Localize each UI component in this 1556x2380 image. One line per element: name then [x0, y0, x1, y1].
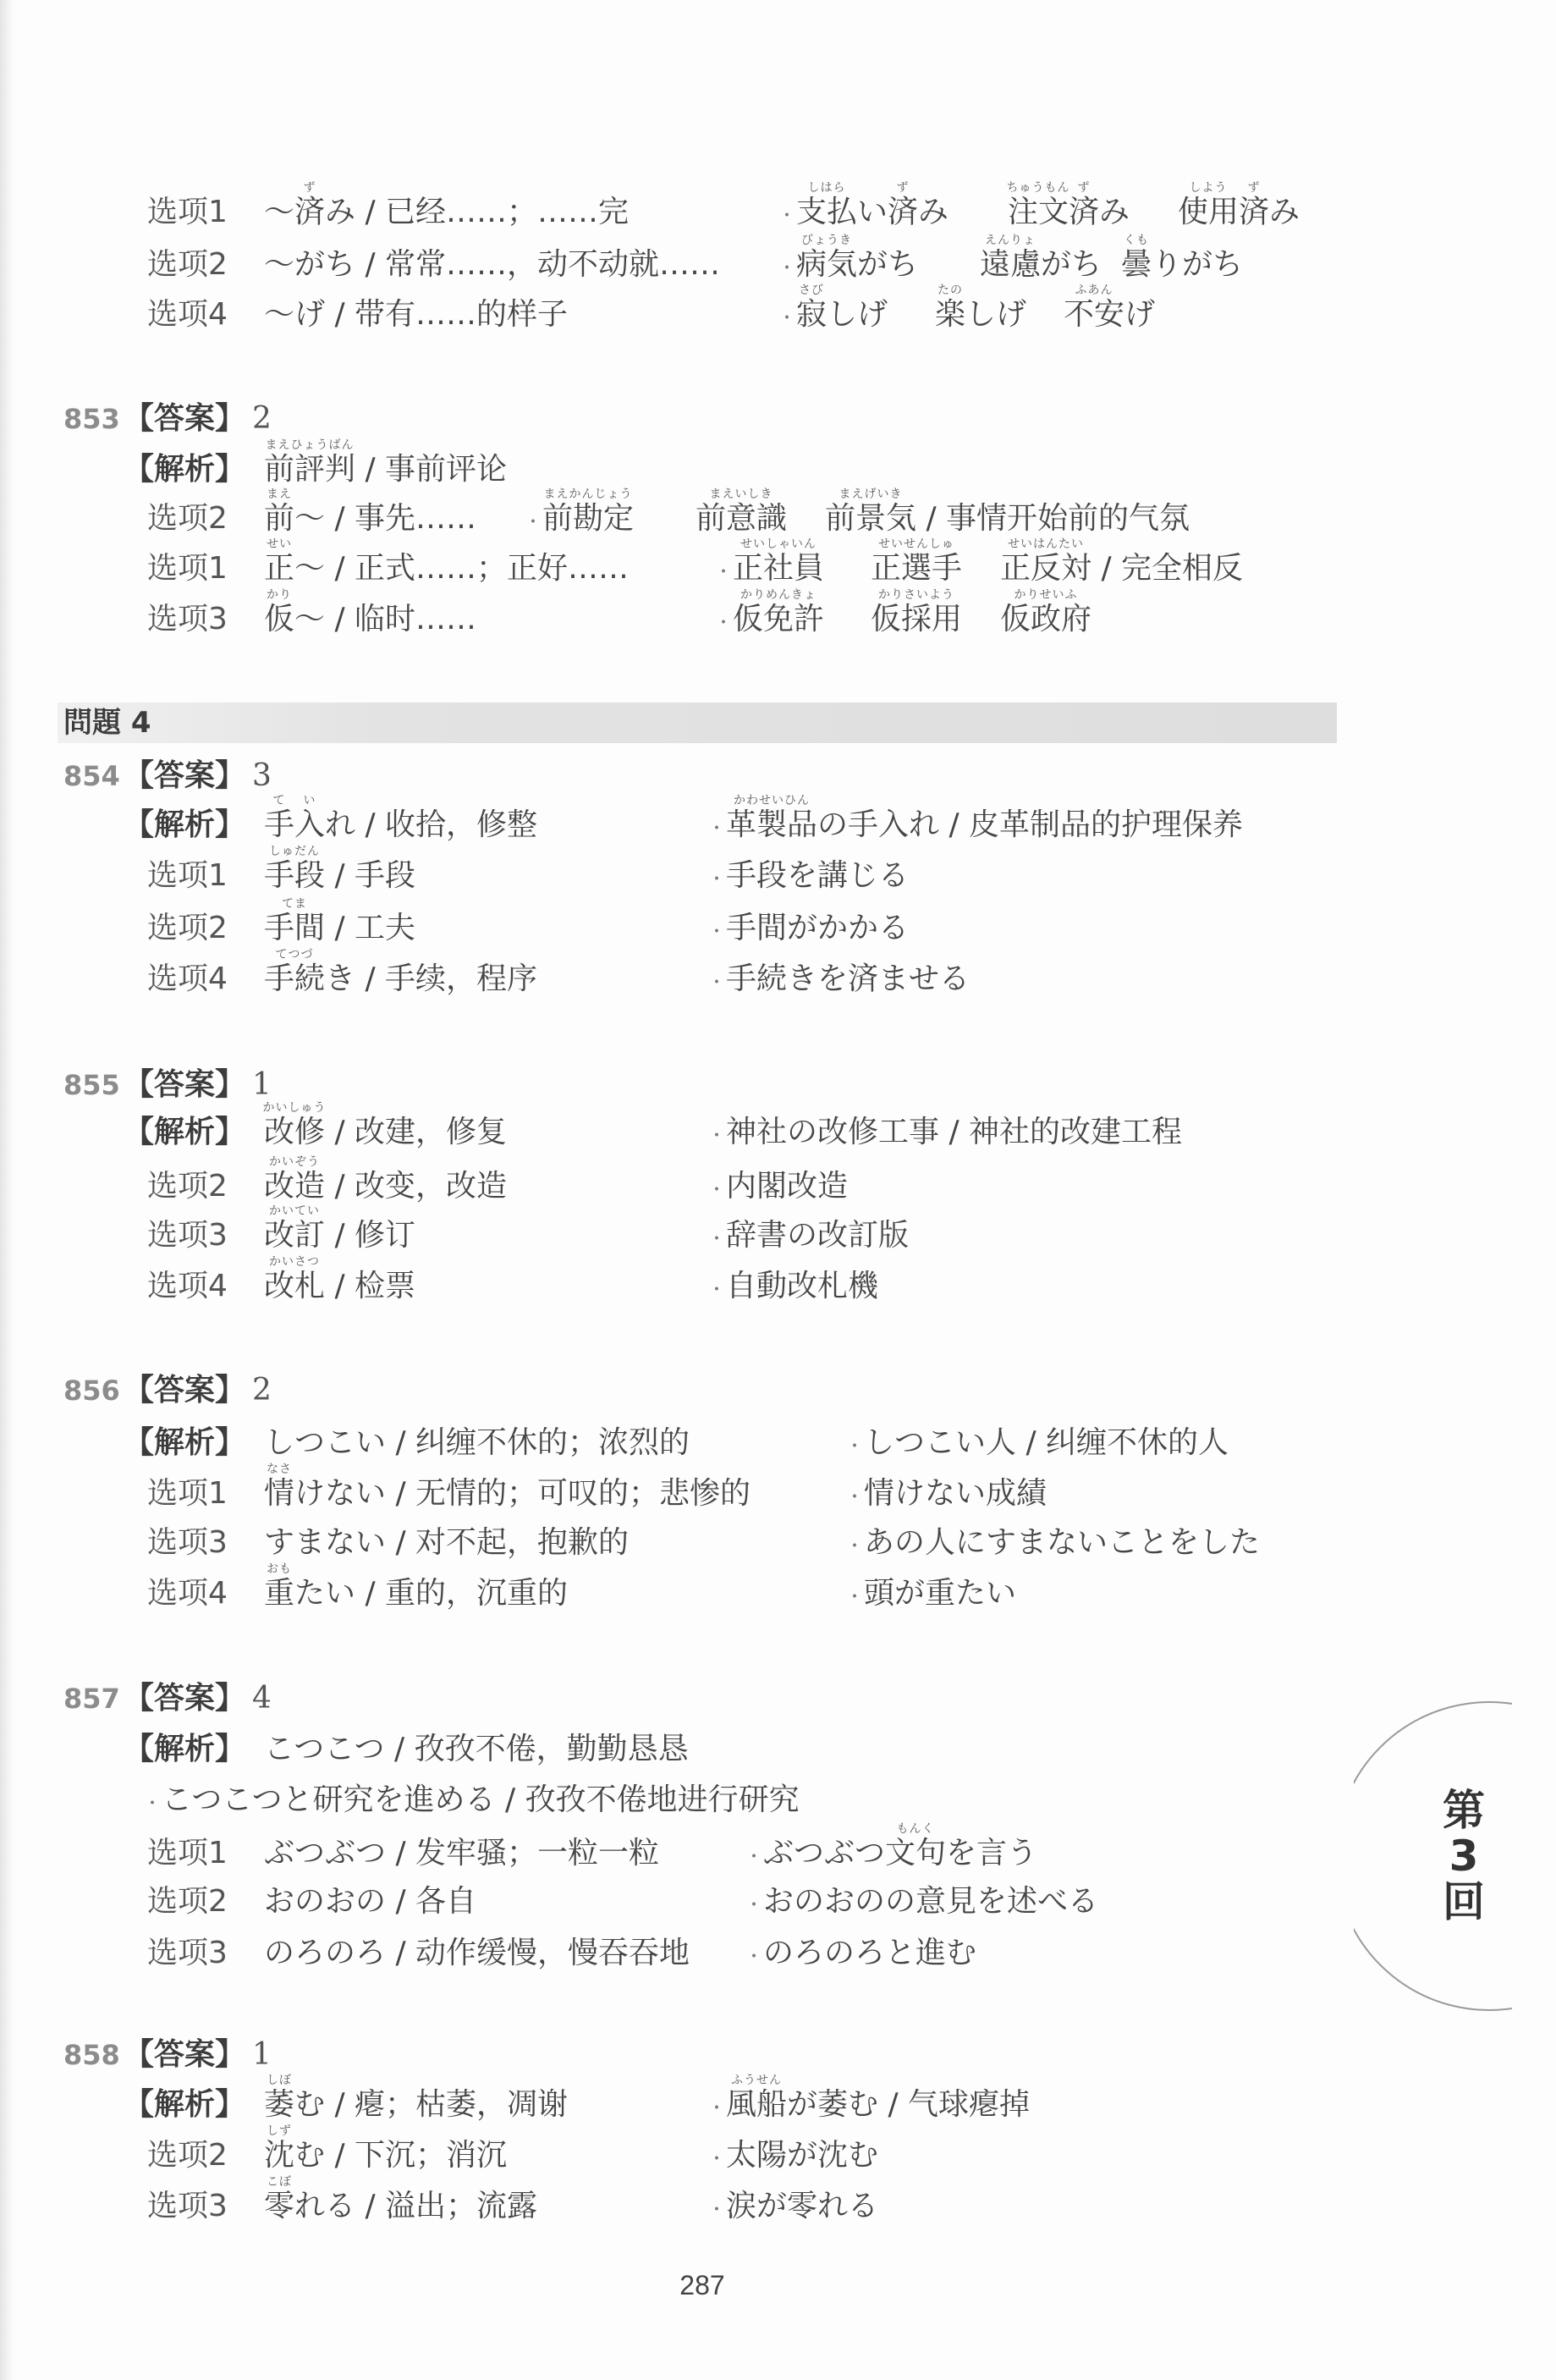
ruby-word: 手間てま — [264, 912, 325, 945]
ruby-base: 手 — [264, 807, 294, 842]
ruby-base: 使用 — [1178, 195, 1239, 229]
bullet: ・ — [778, 200, 796, 234]
text: / 事前评论 — [355, 453, 507, 487]
text: げ — [1124, 298, 1155, 332]
ruby-base: 改造 — [264, 1169, 325, 1204]
option-label: 选项1 — [147, 1837, 228, 1870]
ruby-word: 正せい — [264, 552, 294, 586]
bullet: ・ — [143, 1788, 162, 1821]
text: 内閣改造 — [726, 1170, 848, 1204]
ruby-base: 支払 — [796, 195, 857, 229]
ruby-word: 済ず — [1239, 196, 1269, 229]
example-sentence: ・ 自動改札機 — [707, 1270, 878, 1303]
text: がち — [1041, 248, 1102, 282]
furigana: まえひょうばん — [266, 439, 355, 451]
option-label: 选项1 — [147, 859, 228, 893]
bullet: ・ — [707, 1223, 726, 1257]
text: あの人にすまないことをした — [864, 1526, 1260, 1560]
ruby-base: 文句 — [885, 1836, 946, 1870]
furigana: て — [273, 795, 286, 807]
ruby-word: 手て — [264, 808, 294, 842]
ruby-word: 正反対せいはんたい — [1000, 552, 1091, 586]
text: / 事情开始前的气氛 — [916, 502, 1190, 536]
text: / 修订 — [325, 1219, 415, 1253]
answer-label: 【答案】 — [124, 759, 245, 793]
ruby-word: 正選手せいせんしゅ — [871, 552, 962, 586]
text: み / 已经……；……完 — [325, 196, 629, 229]
text: / 改变，改造 — [325, 1170, 507, 1204]
text: ～げ / 带有……的样子 — [264, 298, 568, 332]
text: 手間がかかる — [726, 912, 909, 945]
ruby-base: 手段 — [264, 858, 325, 893]
text: おのおの / 各自 — [264, 1885, 476, 1919]
bullet: ・ — [845, 1581, 864, 1615]
option-meaning: ～ 済ず み / 已经……；……完 — [264, 196, 629, 229]
text: き / 手续，程序 — [325, 962, 537, 996]
answer-value: 4 — [252, 1682, 272, 1716]
example-word: ・ 病気びょうき がち — [778, 248, 918, 282]
text: ぶつぶつ / 发牢骚；一粒一粒 — [264, 1837, 659, 1870]
question-number: 856 — [63, 1374, 120, 1408]
ruby-word: 改訂かいてい — [264, 1219, 325, 1253]
text: のろのろ / 动作缓慢，慢吞吞地 — [264, 1937, 690, 1970]
ruby-word: 使用しよう — [1178, 196, 1239, 229]
example-word: 仮政府かりせいふ — [1000, 603, 1091, 636]
example-word: 正選手せいせんしゅ — [871, 552, 962, 586]
furigana: かり — [267, 589, 292, 601]
ruby-base: 手間 — [264, 911, 325, 945]
text: りがち — [1152, 248, 1243, 282]
ruby-base: 入 — [294, 807, 325, 842]
furigana: ず — [1248, 182, 1261, 194]
option-label: 选项4 — [147, 1270, 228, 1303]
ruby-word: 仮採用かりさいよう — [871, 603, 962, 636]
bullet: ・ — [845, 1430, 864, 1464]
ruby-word: 支払しはら — [796, 196, 857, 229]
furigana: しはら — [808, 182, 846, 194]
ruby-word: 仮政府かりせいふ — [1000, 603, 1091, 636]
furigana: おも — [267, 1563, 292, 1575]
furigana: せいはんたい — [1008, 538, 1084, 550]
furigana: たの — [937, 284, 963, 296]
ruby-base: 正反対 — [1000, 551, 1091, 586]
ruby-word: 正社員せいしゃいん — [733, 552, 824, 586]
ruby-word: 前意識まえいしき — [696, 502, 787, 536]
answer-value: 2 — [252, 1374, 272, 1408]
example-word: 前景気まえげいき / 事情开始前的气氛 — [825, 502, 1190, 536]
furigana: ず — [897, 182, 910, 194]
ruby-word: 沈しず — [264, 2139, 294, 2173]
ruby-base: 革製品 — [726, 807, 817, 842]
ruby-base: 済 — [294, 195, 325, 229]
bullet: ・ — [707, 2194, 726, 2228]
bullet: ・ — [745, 1941, 763, 1975]
example-word: 正反対せいはんたい / 完全相反 — [1000, 552, 1243, 586]
ruby-base: 萎 — [264, 2087, 294, 2122]
furigana: かりさいよう — [878, 589, 954, 601]
ruby-base: 不安 — [1064, 297, 1124, 332]
ruby-base: 改修 — [264, 1115, 325, 1149]
text: れる / 溢出；流露 — [294, 2190, 537, 2223]
text: 辞書の改訂版 — [726, 1219, 909, 1253]
option-meaning: 改造かいぞう / 改变，改造 — [264, 1170, 507, 1204]
option-label: 选项2 — [147, 912, 228, 945]
example-sentence: ・ 情けない成績 — [845, 1477, 1047, 1511]
ruby-base: 風船 — [726, 2087, 787, 2122]
example-word: ・ 支払しはら い 済ず み — [778, 196, 948, 229]
option-meaning: おのおの / 各自 — [264, 1885, 476, 1919]
ruby-word: 不安ふあん — [1064, 298, 1124, 332]
ruby-word: 風船ふうせん — [726, 2088, 787, 2122]
option-label: 选项3 — [147, 1937, 228, 1970]
furigana: てま — [282, 898, 307, 910]
option-label: 选项2 — [147, 502, 228, 536]
ruby-word: 文句もんく — [885, 1837, 946, 1870]
option-label: 选项2 — [147, 248, 228, 282]
example-word: 前意識まえいしき — [696, 502, 787, 536]
example-word: 楽たの しげ — [935, 298, 1026, 332]
ruby-word: 前まえ — [264, 502, 294, 536]
furigana: ちゅうもん — [1007, 182, 1070, 194]
example-word: 遠慮えんりょ がち — [980, 248, 1102, 282]
text: のろのろと進む — [763, 1937, 976, 1970]
question-number: 858 — [63, 2038, 120, 2072]
ruby-word: 遠慮えんりょ — [980, 248, 1041, 282]
example-sentence: ・ 手段を講じる — [707, 859, 909, 893]
ruby-base: 改訂 — [264, 1218, 325, 1253]
text: 頭が重たい — [864, 1577, 1016, 1611]
example-sentence: ・ 手間がかかる — [707, 912, 909, 945]
example-sentence: ・ 風船ふうせん が萎む / 气球瘪掉 — [707, 2088, 1030, 2122]
ruby-base: 寂 — [796, 297, 827, 332]
example-word: 使用しよう 済ず み — [1178, 196, 1300, 229]
option-label: 选项3 — [147, 2190, 228, 2223]
ruby-base: 済 — [888, 195, 918, 229]
ruby-base: 正 — [264, 551, 294, 586]
bullet: ・ — [778, 302, 796, 336]
bullet: ・ — [707, 813, 726, 846]
bullet: ・ — [707, 967, 726, 1000]
text: 涙が零れる — [726, 2190, 878, 2223]
example-sentence: ・ 涙が零れる — [707, 2190, 878, 2223]
ruby-base: 重 — [264, 1576, 294, 1611]
furigana: かいさつ — [269, 1256, 320, 1268]
text: / 检票 — [325, 1270, 415, 1303]
bullet: ・ — [707, 916, 726, 950]
question-number: 854 — [63, 759, 120, 793]
text: がち — [857, 248, 918, 282]
bullet: ・ — [714, 607, 733, 641]
chapter-tab-char: 回 — [1438, 1879, 1489, 1925]
option-label: 选项4 — [147, 298, 228, 332]
ruby-base: 病気 — [796, 247, 857, 282]
option-meaning: 情なさ けない / 无情的；可叹的；悲惨的 — [264, 1477, 751, 1511]
ruby-base: 情 — [264, 1476, 294, 1511]
answer-value: 2 — [252, 402, 272, 436]
analysis-label: 【解析】 — [124, 1733, 245, 1766]
analysis-text: 萎しぼ む / 瘪；枯萎，凋谢 — [264, 2088, 568, 2122]
ruby-word: 病気びょうき — [796, 248, 857, 282]
option-meaning: 零こぼ れる / 溢出；流露 — [264, 2190, 537, 2223]
text: む / 下沉；消沉 — [294, 2139, 507, 2173]
option-meaning: ぶつぶつ / 发牢骚；一粒一粒 — [264, 1837, 659, 1870]
question-number: 857 — [63, 1682, 120, 1716]
furigana: こぼ — [267, 2176, 292, 2188]
analysis-text: 手て 入い れ / 收拾，修整 — [264, 808, 537, 842]
ruby-word: 済ず — [888, 196, 918, 229]
scan-shadow — [0, 0, 14, 2380]
answer-label: 【答案】 — [124, 402, 245, 436]
bullet: ・ — [707, 2092, 726, 2126]
furigana: ふあん — [1075, 284, 1113, 296]
example-word: ・ 寂さび しげ — [778, 298, 888, 332]
bullet: ・ — [845, 1530, 864, 1564]
analysis-text: こつこつ / 孜孜不倦，勤勤恳恳 — [264, 1733, 689, 1766]
page-number: 287 — [660, 2268, 745, 2302]
ruby-word: 仮免許かりめんきょ — [733, 603, 824, 636]
bullet: ・ — [778, 252, 796, 286]
example-sentence: ・ 手続きを済ませる — [707, 962, 970, 996]
answer-value: 1 — [252, 1068, 272, 1102]
example-sentence: ・ しつこい人 / 纠缠不休的人 — [845, 1426, 1229, 1460]
ruby-word: 革製品かわせいひん — [726, 808, 817, 842]
bullet: ・ — [714, 556, 733, 590]
option-label: 选项1 — [147, 196, 228, 229]
text: ～ — [264, 196, 294, 229]
option-meaning: 重おも たい / 重的，沉重的 — [264, 1577, 568, 1611]
bullet: ・ — [707, 863, 726, 897]
text: を言う — [946, 1837, 1037, 1870]
ruby-base: 注文 — [1008, 195, 1069, 229]
answer-value: 1 — [252, 2038, 272, 2072]
bullet: ・ — [707, 2143, 726, 2177]
ruby-base: 仮政府 — [1000, 602, 1091, 636]
example-sentence: ・ 頭が重たい — [845, 1577, 1016, 1611]
text: しげ — [965, 298, 1026, 332]
answer-label: 【答案】 — [124, 1374, 245, 1408]
furigana: い — [304, 795, 316, 807]
option-label: 选项3 — [147, 1526, 228, 1560]
option-meaning: 仮かり ～ / 临时…… — [264, 603, 476, 636]
text: み — [1099, 196, 1130, 229]
furigana: びょうき — [801, 234, 852, 246]
chapter-tab: 第 3 回 — [1438, 1788, 1489, 1925]
example-sentence: ・ こつこつと研究を進める / 孜孜不倦地进行研究 — [143, 1783, 800, 1817]
analysis-text: 前評判まえひょうばん / 事前评论 — [264, 453, 507, 487]
furigana: せいしゃいん — [740, 538, 816, 550]
ruby-word: 改造かいぞう — [264, 1170, 325, 1204]
furigana: しぼ — [267, 2074, 292, 2086]
bullet: ・ — [745, 1841, 763, 1875]
text: ～ / 正式……；正好…… — [294, 552, 629, 586]
text: ～がち / 常常……，动不动就…… — [264, 248, 720, 282]
ruby-base: 楽 — [935, 297, 965, 332]
text: こつこつと研究を進める / 孜孜不倦地进行研究 — [162, 1783, 800, 1817]
text: 手段を講じる — [726, 859, 909, 893]
ruby-base: 改札 — [264, 1269, 325, 1303]
ruby-base: 仮 — [264, 602, 294, 636]
furigana: まえげいき — [839, 488, 903, 500]
ruby-base: 済 — [1239, 195, 1269, 229]
furigana: てつづ — [276, 949, 314, 961]
ruby-base: 正選手 — [871, 551, 962, 586]
text: 神社の改修工事 / 神社的改建工程 — [726, 1116, 1182, 1149]
bullet: ・ — [707, 1120, 726, 1154]
ruby-word: 手続てつづ — [264, 962, 325, 996]
text: けない / 无情的；可叹的；悲惨的 — [294, 1477, 751, 1511]
text: み — [918, 196, 948, 229]
furigana: さび — [799, 284, 824, 296]
text: 手続きを済ませる — [726, 962, 970, 996]
text: しつこい人 / 纠缠不休的人 — [864, 1426, 1229, 1460]
answer-label: 【答案】 — [124, 1682, 245, 1716]
furigana: せい — [267, 538, 292, 550]
option-meaning: 改訂かいてい / 修订 — [264, 1219, 415, 1253]
analysis-text: 改修かいしゅう / 改建，修复 — [264, 1116, 507, 1149]
option-label: 选项1 — [147, 552, 228, 586]
analysis-label: 【解析】 — [124, 1116, 245, 1149]
ruby-word: 仮かり — [264, 603, 294, 636]
option-meaning: すまない / 对不起，抱歉的 — [264, 1526, 629, 1560]
section-header-bar: 問題 4 — [58, 702, 1337, 743]
bullet: ・ — [707, 1174, 726, 1208]
example-sentence: ・ 神社の改修工事 / 神社的改建工程 — [707, 1116, 1182, 1149]
furigana: かわせいひん — [734, 795, 810, 807]
ruby-word: 改札かいさつ — [264, 1270, 325, 1303]
ruby-base: 正社員 — [733, 551, 824, 586]
example-sentence: ・ 太陽が沈む — [707, 2139, 878, 2173]
furigana: ず — [1078, 182, 1091, 194]
ruby-base: 前景気 — [825, 501, 916, 536]
ruby-base: 沈 — [264, 2138, 294, 2173]
ruby-base: 曇 — [1121, 247, 1152, 282]
option-meaning: のろのろ / 动作缓慢，慢吞吞地 — [264, 1937, 690, 1970]
furigana: しゅだん — [269, 846, 320, 857]
option-label: 选项4 — [147, 1577, 228, 1611]
text: / 手段 — [325, 859, 415, 893]
option-meaning: 手段しゅだん / 手段 — [264, 859, 415, 893]
ruby-word: 前評判まえひょうばん — [264, 453, 355, 487]
example-sentence: ・ 辞書の改訂版 — [707, 1219, 909, 1253]
analysis-label: 【解析】 — [124, 2088, 245, 2122]
ruby-word: 注文ちゅうもん — [1008, 196, 1069, 229]
example-sentence: ・ ぶつぶつ 文句もんく を言う — [745, 1837, 1037, 1870]
ruby-base: 前評判 — [264, 452, 355, 487]
analysis-label: 【解析】 — [124, 1426, 245, 1460]
answer-value: 3 — [252, 759, 272, 793]
furigana: かりせいふ — [1014, 589, 1078, 601]
ruby-base: 前勘定 — [542, 501, 634, 536]
text: / 完全相反 — [1091, 552, 1243, 586]
text: / 改建，修复 — [325, 1116, 507, 1149]
text: すまない / 对不起，抱歉的 — [264, 1526, 629, 1560]
example-sentence: ・ 革製品かわせいひん の手入れ / 皮革制品的护理保养 — [707, 808, 1243, 842]
option-meaning: 正せい ～ / 正式……；正好…… — [264, 552, 629, 586]
text: / 工夫 — [325, 912, 415, 945]
furigana: まえいしき — [710, 488, 773, 500]
text: しげ — [827, 298, 888, 332]
furigana: かりめんきょ — [740, 589, 816, 601]
option-meaning: 改札かいさつ / 检票 — [264, 1270, 415, 1303]
bullet: ・ — [707, 1274, 726, 1308]
option-meaning: ～げ / 带有……的样子 — [264, 298, 568, 332]
ruby-word: 改修かいしゅう — [264, 1116, 325, 1149]
section-header-title: 問題 4 — [63, 702, 151, 743]
ruby-base: 仮免許 — [733, 602, 824, 636]
text: ぶつぶつ — [763, 1837, 885, 1870]
ruby-base: 前 — [264, 501, 294, 536]
furigana: えんりょ — [985, 234, 1036, 246]
ruby-word: 零こぼ — [264, 2190, 294, 2223]
furigana: かいしゅう — [263, 1102, 327, 1114]
furigana: かいぞう — [269, 1156, 320, 1168]
furigana: くも — [1124, 234, 1149, 246]
example-word: 注文ちゅうもん 済ず み — [1008, 196, 1130, 229]
example-sentence: ・ のろのろと進む — [745, 1937, 976, 1970]
ruby-word: 情なさ — [264, 1477, 294, 1511]
option-label: 选项1 — [147, 1477, 228, 1511]
text: ～ / 事先…… — [294, 502, 476, 536]
ruby-word: 前勘定まえかんじょう — [542, 502, 634, 536]
option-label: 选项2 — [147, 2139, 228, 2173]
ruby-word: 重おも — [264, 1577, 294, 1611]
text: 自動改札機 — [726, 1270, 878, 1303]
furigana: ふうせん — [731, 2074, 782, 2086]
furigana: かいてい — [269, 1205, 320, 1217]
furigana: もんく — [897, 1823, 935, 1835]
text: の手入れ / 皮革制品的护理保养 — [817, 808, 1243, 842]
example-word: ・ 仮免許かりめんきょ — [714, 603, 824, 636]
chapter-tab-char: 第 — [1438, 1788, 1489, 1833]
option-meaning: 手間てま / 工夫 — [264, 912, 415, 945]
text: 情けない成績 — [864, 1477, 1047, 1511]
text: たい / 重的，沉重的 — [294, 1577, 568, 1611]
example-sentence: ・ 内閣改造 — [707, 1170, 848, 1204]
ruby-base: 手続 — [264, 961, 325, 996]
example-word: 曇くも りがち — [1121, 248, 1243, 282]
chapter-tab-char: 3 — [1438, 1833, 1489, 1879]
ruby-word: 曇くも — [1121, 248, 1152, 282]
option-label: 选项2 — [147, 1170, 228, 1204]
text: おのおのの意見を述べる — [763, 1885, 1098, 1919]
text: い — [857, 196, 888, 229]
ruby-base: 仮採用 — [871, 602, 962, 636]
example-sentence: ・ あの人にすまないことをした — [845, 1526, 1260, 1560]
bullet: ・ — [745, 1889, 763, 1923]
analysis-text: しつこい / 纠缠不休的；浓烈的 — [264, 1426, 690, 1460]
option-label: 选项3 — [147, 1219, 228, 1253]
ruby-base: 前意識 — [696, 501, 787, 536]
analysis-label: 【解析】 — [124, 453, 245, 487]
option-meaning: ～がち / 常常……，动不动就…… — [264, 248, 720, 282]
option-label: 选项2 — [147, 1885, 228, 1919]
ruby-word: 手段しゅだん — [264, 859, 325, 893]
text: み — [1269, 196, 1300, 229]
text: が萎む / 气球瘪掉 — [787, 2088, 1030, 2122]
ruby-base: 零 — [264, 2189, 294, 2223]
option-meaning: 前まえ ～ / 事先…… — [264, 502, 476, 536]
question-number: 855 — [63, 1068, 120, 1102]
option-meaning: 手続てつづ き / 手续，程序 — [264, 962, 537, 996]
example-sentence: ・ おのおのの意見を述べる — [745, 1885, 1098, 1919]
ruby-word: 前景気まえげいき — [825, 502, 916, 536]
option-label: 选项3 — [147, 603, 228, 636]
question-number: 853 — [63, 402, 120, 436]
furigana: せいせんしゅ — [878, 538, 954, 550]
example-word: ・ 正社員せいしゃいん — [714, 552, 824, 586]
example-word: ・ 前勘定まえかんじょう — [524, 502, 634, 536]
furigana: まえ — [267, 488, 292, 500]
